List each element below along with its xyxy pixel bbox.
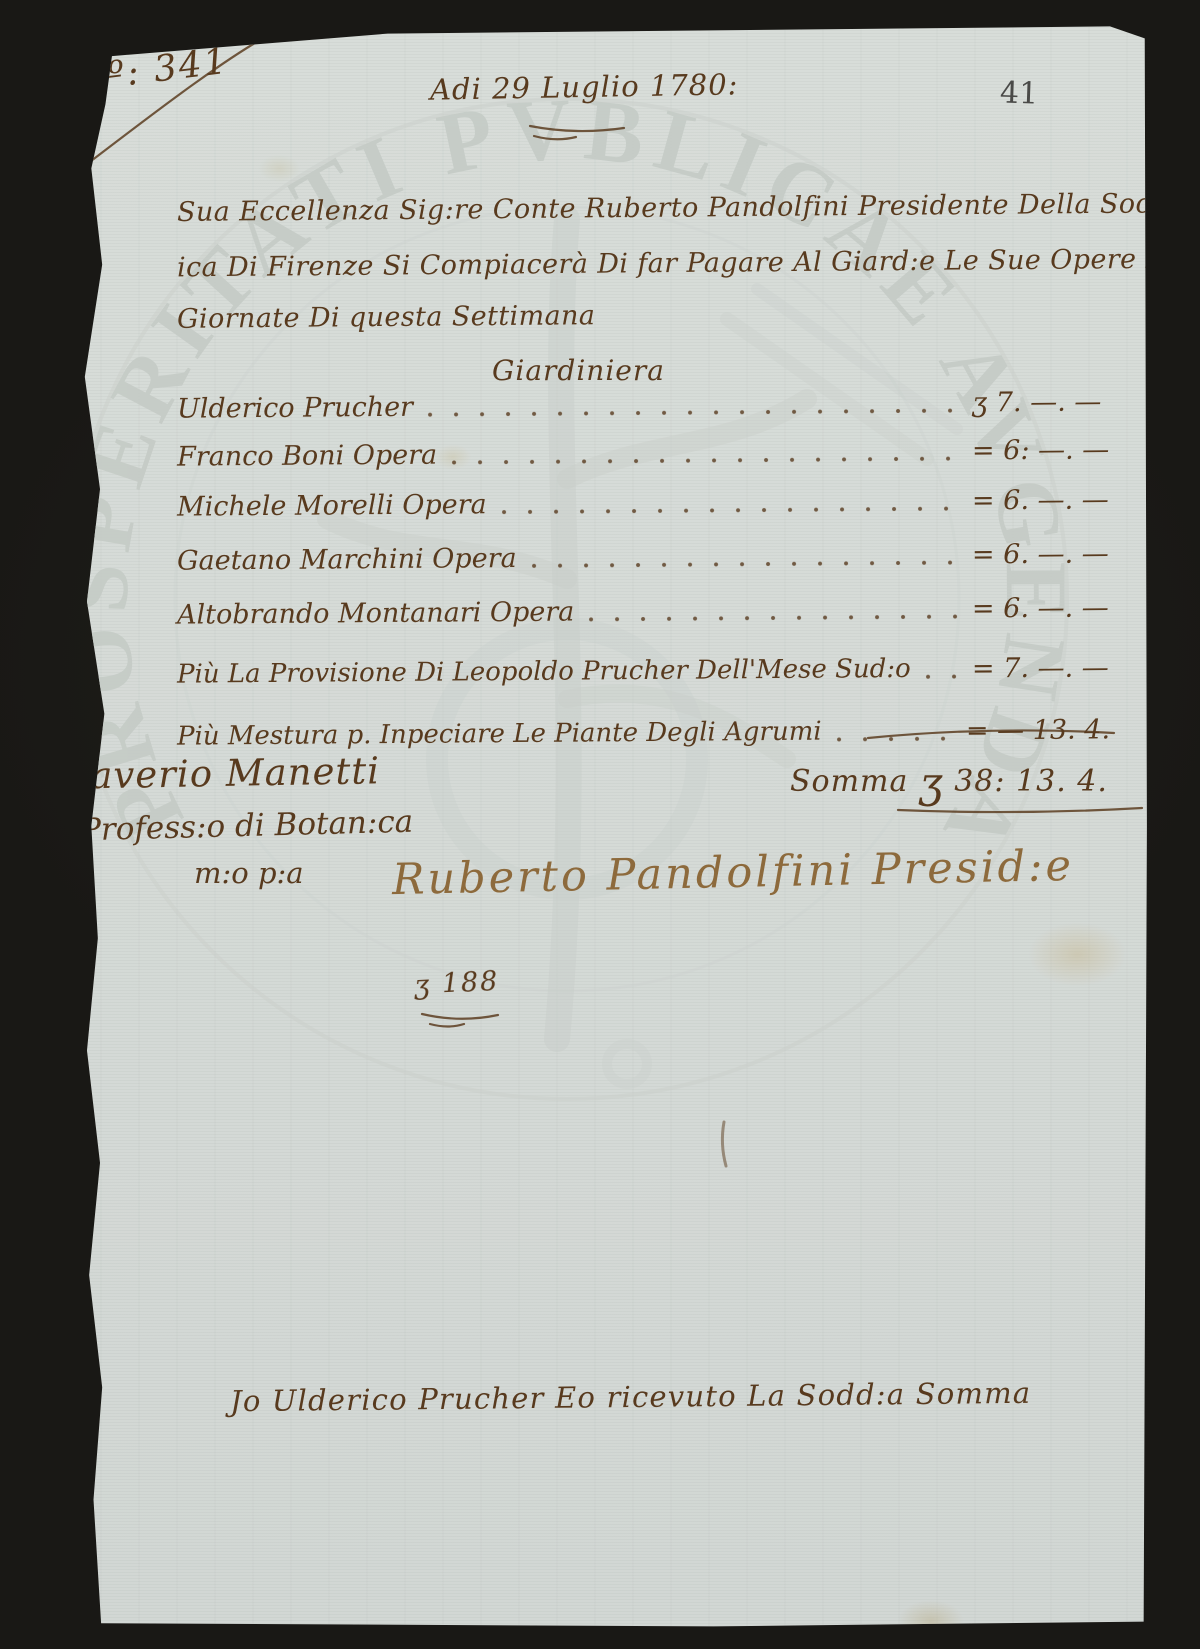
dotted-leader bbox=[501, 502, 960, 520]
provision-item: Più La Provisione Di Leopoldo Prucher De… bbox=[177, 654, 911, 690]
section-heading: Giardiniera bbox=[492, 354, 665, 387]
provision-item: Più Mestura p. Inpeciare Le Piante Degli… bbox=[177, 717, 822, 752]
worker-name: Altobrando Montanari Opera bbox=[177, 597, 575, 631]
sum-row: Somma ʒ 38: 13. 4. bbox=[790, 764, 1108, 799]
pay-list-row: Michele Morelli Opera = 6. —. — bbox=[177, 484, 1110, 522]
dotted-leader bbox=[925, 670, 960, 684]
pay-list-row: Gaetano Marchini Opera = 6. —. — bbox=[177, 538, 1110, 576]
salutation-line-3: Giornate Di questa Settimana bbox=[177, 300, 596, 335]
date-underline bbox=[530, 126, 624, 131]
receipt-line: Jo Ulderico Prucher Eo ricevuto La Sodd:… bbox=[230, 1376, 1032, 1418]
pay-list-row: Altobrando Montanari Opera = 6. —. — bbox=[177, 592, 1110, 630]
worker-name: Michele Morelli Opera bbox=[177, 489, 487, 522]
amount: = 6: —. — bbox=[972, 434, 1110, 466]
sum-label: Somma bbox=[790, 764, 908, 799]
approver-title: Profess:o di Botan:ca bbox=[80, 804, 414, 849]
worker-name: Gaetano Marchini Opera bbox=[177, 543, 517, 577]
dotted-leader bbox=[588, 610, 960, 627]
amount: = 6. —. — bbox=[972, 484, 1110, 516]
ref-flourish bbox=[422, 1014, 498, 1019]
salutation-line-1: Sua Eccellenza Sig:re Conte Ruberto Pand… bbox=[177, 187, 1200, 228]
pay-list-row: Franco Boni Opera = 6: —. — bbox=[177, 434, 1110, 472]
dotted-leader bbox=[451, 452, 960, 470]
amount: = 6. —. — bbox=[972, 538, 1110, 570]
date-line: Adi 29 Luglio 1780: bbox=[430, 67, 739, 106]
approver-subscript: m:o p:a bbox=[194, 856, 304, 890]
manuscript-page: PROSPERITATI PVBLICAE AVGENDAE Nº: 341 A… bbox=[62, 24, 1148, 1628]
ref-flourish-2 bbox=[430, 1024, 464, 1027]
dotted-leader bbox=[427, 404, 960, 422]
approver-signature: Saverio Manetti bbox=[64, 749, 381, 798]
pay-list-row: Più Mestura p. Inpeciare Le Piante Degli… bbox=[177, 714, 1110, 752]
stray-pen-mark bbox=[722, 1122, 726, 1166]
sum-underline bbox=[898, 808, 1142, 812]
amount: = — 13. 4. bbox=[966, 714, 1110, 746]
president-signature: Ruberto Pandolfini Presid:e bbox=[392, 841, 1075, 905]
date-underline-2 bbox=[534, 136, 576, 139]
pay-list-row: Più La Provisione Di Leopoldo Prucher De… bbox=[177, 652, 1110, 690]
pencil-folio-number: 41 bbox=[999, 75, 1038, 111]
worker-name: Franco Boni Opera bbox=[177, 440, 437, 473]
salutation-line-2: ica Di Firenze Si Compiacerà Di far Paga… bbox=[177, 244, 1180, 284]
dotted-leader bbox=[836, 732, 954, 747]
seal-plant-emblem bbox=[327, 219, 957, 1084]
amount: = 6. —. — bbox=[972, 592, 1110, 624]
currency-symbol: ʒ bbox=[919, 758, 944, 807]
pay-list-row: Ulderico Prucher ʒ 7. —. — bbox=[177, 386, 1110, 424]
worker-name: Ulderico Prucher bbox=[177, 392, 413, 425]
amount: = 7. —. — bbox=[972, 652, 1110, 684]
reference-number: ʒ 188 bbox=[413, 966, 500, 1001]
sum-value: 38: 13. 4. bbox=[954, 764, 1108, 799]
amount: ʒ 7. —. — bbox=[972, 386, 1110, 418]
dotted-leader bbox=[531, 556, 960, 573]
